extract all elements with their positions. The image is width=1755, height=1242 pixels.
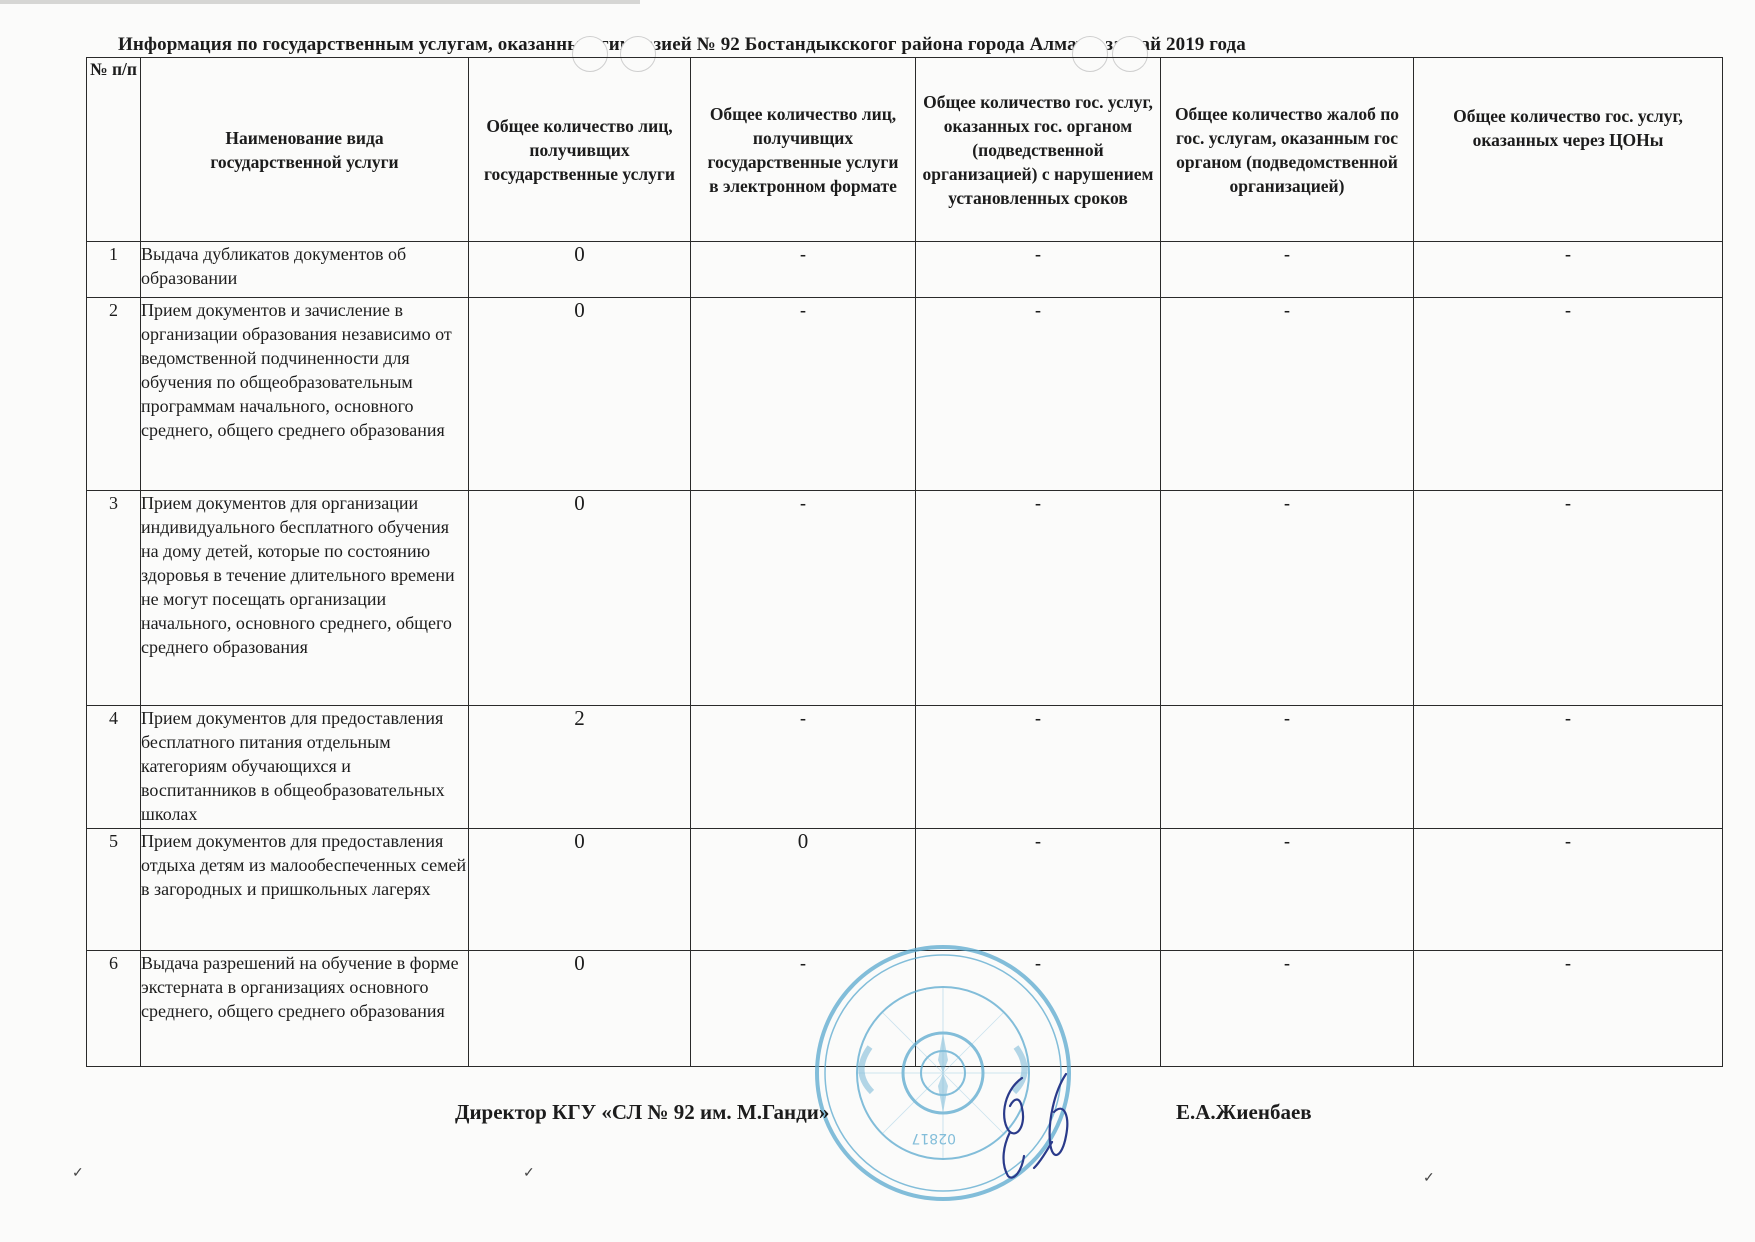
service-name: Прием документов для предоставления отды… (141, 829, 469, 951)
table-row: 4 Прием документов для предоставления бе… (87, 706, 1723, 829)
header-total-recipients: Общее количество лиц, получивщих государ… (469, 58, 691, 242)
electronic-recipients: - (691, 298, 916, 491)
row-number: 5 (87, 829, 141, 951)
via-con-count: - (1414, 242, 1723, 298)
service-name: Прием документов для организации индивид… (141, 491, 469, 706)
total-recipients: 0 (469, 491, 691, 706)
electronic-recipients: - (691, 706, 916, 829)
row-number: 1 (87, 242, 141, 298)
total-recipients: 0 (469, 829, 691, 951)
table-row: 5 Прием документов для предоставления от… (87, 829, 1723, 951)
via-con-count: - (1414, 491, 1723, 706)
electronic-recipients: - (691, 491, 916, 706)
table-row: 2 Прием документов и зачисление в органи… (87, 298, 1723, 491)
scan-mark-icon: ✓ (72, 1165, 84, 1182)
signatory-position: Директор КГУ «СЛ № 92 им. М.Ганди» (455, 1100, 829, 1125)
header-electronic-recipients: Общее количество лиц, получивщих государ… (691, 58, 916, 242)
service-name: Выдача разрешений на обучение в форме эк… (141, 951, 469, 1067)
electronic-recipients: - (691, 242, 916, 298)
header-via-con: Общее количество гос. услуг, оказанных ч… (1414, 58, 1723, 242)
total-recipients: 2 (469, 706, 691, 829)
total-recipients: 0 (469, 951, 691, 1067)
signature-icon (992, 1072, 1082, 1182)
violations-count: - (916, 706, 1161, 829)
scan-mark-icon: ✓ (523, 1165, 535, 1182)
header-service-name: Наименование вида государственной услуги (141, 58, 469, 242)
service-name: Прием документов для предоставления бесп… (141, 706, 469, 829)
row-number: 2 (87, 298, 141, 491)
row-number: 3 (87, 491, 141, 706)
complaints-count: - (1161, 242, 1414, 298)
services-table: № п/п Наименование вида государственной … (86, 57, 1723, 1067)
complaints-count: - (1161, 491, 1414, 706)
row-number: 4 (87, 706, 141, 829)
complaints-count: - (1161, 706, 1414, 829)
complaints-count: - (1161, 829, 1414, 951)
violations-count: - (916, 829, 1161, 951)
service-name: Прием документов и зачисление в организа… (141, 298, 469, 491)
violations-count: - (916, 242, 1161, 298)
stamp-number: 02817 (911, 1130, 956, 1146)
header-number: № п/п (87, 58, 141, 242)
row-number: 6 (87, 951, 141, 1067)
table-row: 1 Выдача дубликатов документов об образо… (87, 242, 1723, 298)
service-name: Выдача дубликатов документов об образова… (141, 242, 469, 298)
violations-count: - (916, 298, 1161, 491)
table-header-row: № п/п Наименование вида государственной … (87, 58, 1723, 242)
complaints-count: - (1161, 298, 1414, 491)
complaints-count: - (1161, 951, 1414, 1067)
scan-mark-icon: ✓ (1423, 1170, 1435, 1187)
via-con-count: - (1414, 706, 1723, 829)
signatory-name: Е.А.Жиенбаев (1176, 1100, 1312, 1125)
total-recipients: 0 (469, 242, 691, 298)
via-con-count: - (1414, 298, 1723, 491)
header-violations: Общее количество гос. услуг, оказанных г… (916, 58, 1161, 242)
via-con-count: - (1414, 951, 1723, 1067)
electronic-recipients: 0 (691, 829, 916, 951)
via-con-count: - (1414, 829, 1723, 951)
header-complaints: Общее количество жалоб по гос. услугам, … (1161, 58, 1414, 242)
violations-count: - (916, 491, 1161, 706)
table-row: 3 Прием документов для организации индив… (87, 491, 1723, 706)
total-recipients: 0 (469, 298, 691, 491)
scan-edge (0, 0, 640, 4)
